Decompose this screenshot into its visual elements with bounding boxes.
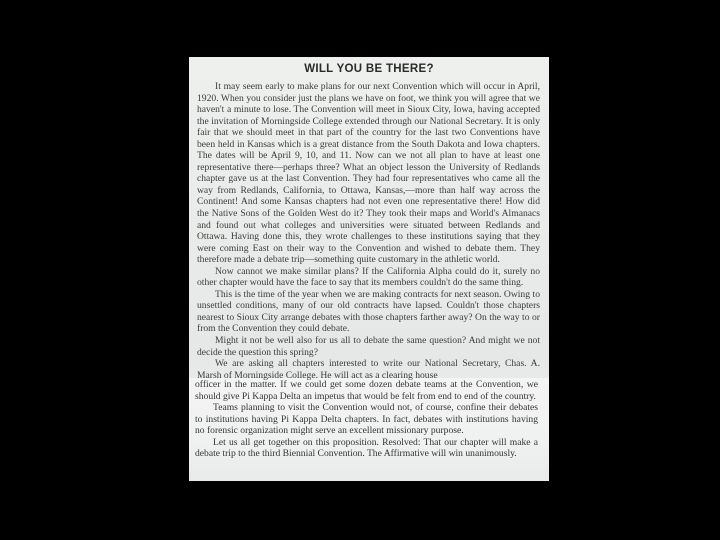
paragraph: Now cannot we make similar plans? If the… [197, 266, 540, 289]
article-body-lower: officer in the matter. If we could get s… [195, 379, 538, 460]
slide-background: WILL YOU BE THERE? It may seem early to … [0, 0, 720, 540]
paragraph-continued: officer in the matter. If we could get s… [195, 379, 538, 402]
paragraph: Let us all get together on this proposit… [195, 437, 538, 460]
scanned-page: WILL YOU BE THERE? It may seem early to … [189, 57, 549, 481]
article-body: It may seem early to make plans for our … [197, 81, 540, 381]
paragraph: It may seem early to make plans for our … [197, 81, 540, 266]
paragraph: Teams planning to visit the Convention w… [195, 402, 538, 437]
paragraph: We are asking all chapters interested to… [197, 358, 540, 381]
paragraph: Might it not be well also for us all to … [197, 335, 540, 358]
paragraph: This is the time of the year when we are… [197, 289, 540, 335]
article-title: WILL YOU BE THERE? [189, 63, 549, 75]
